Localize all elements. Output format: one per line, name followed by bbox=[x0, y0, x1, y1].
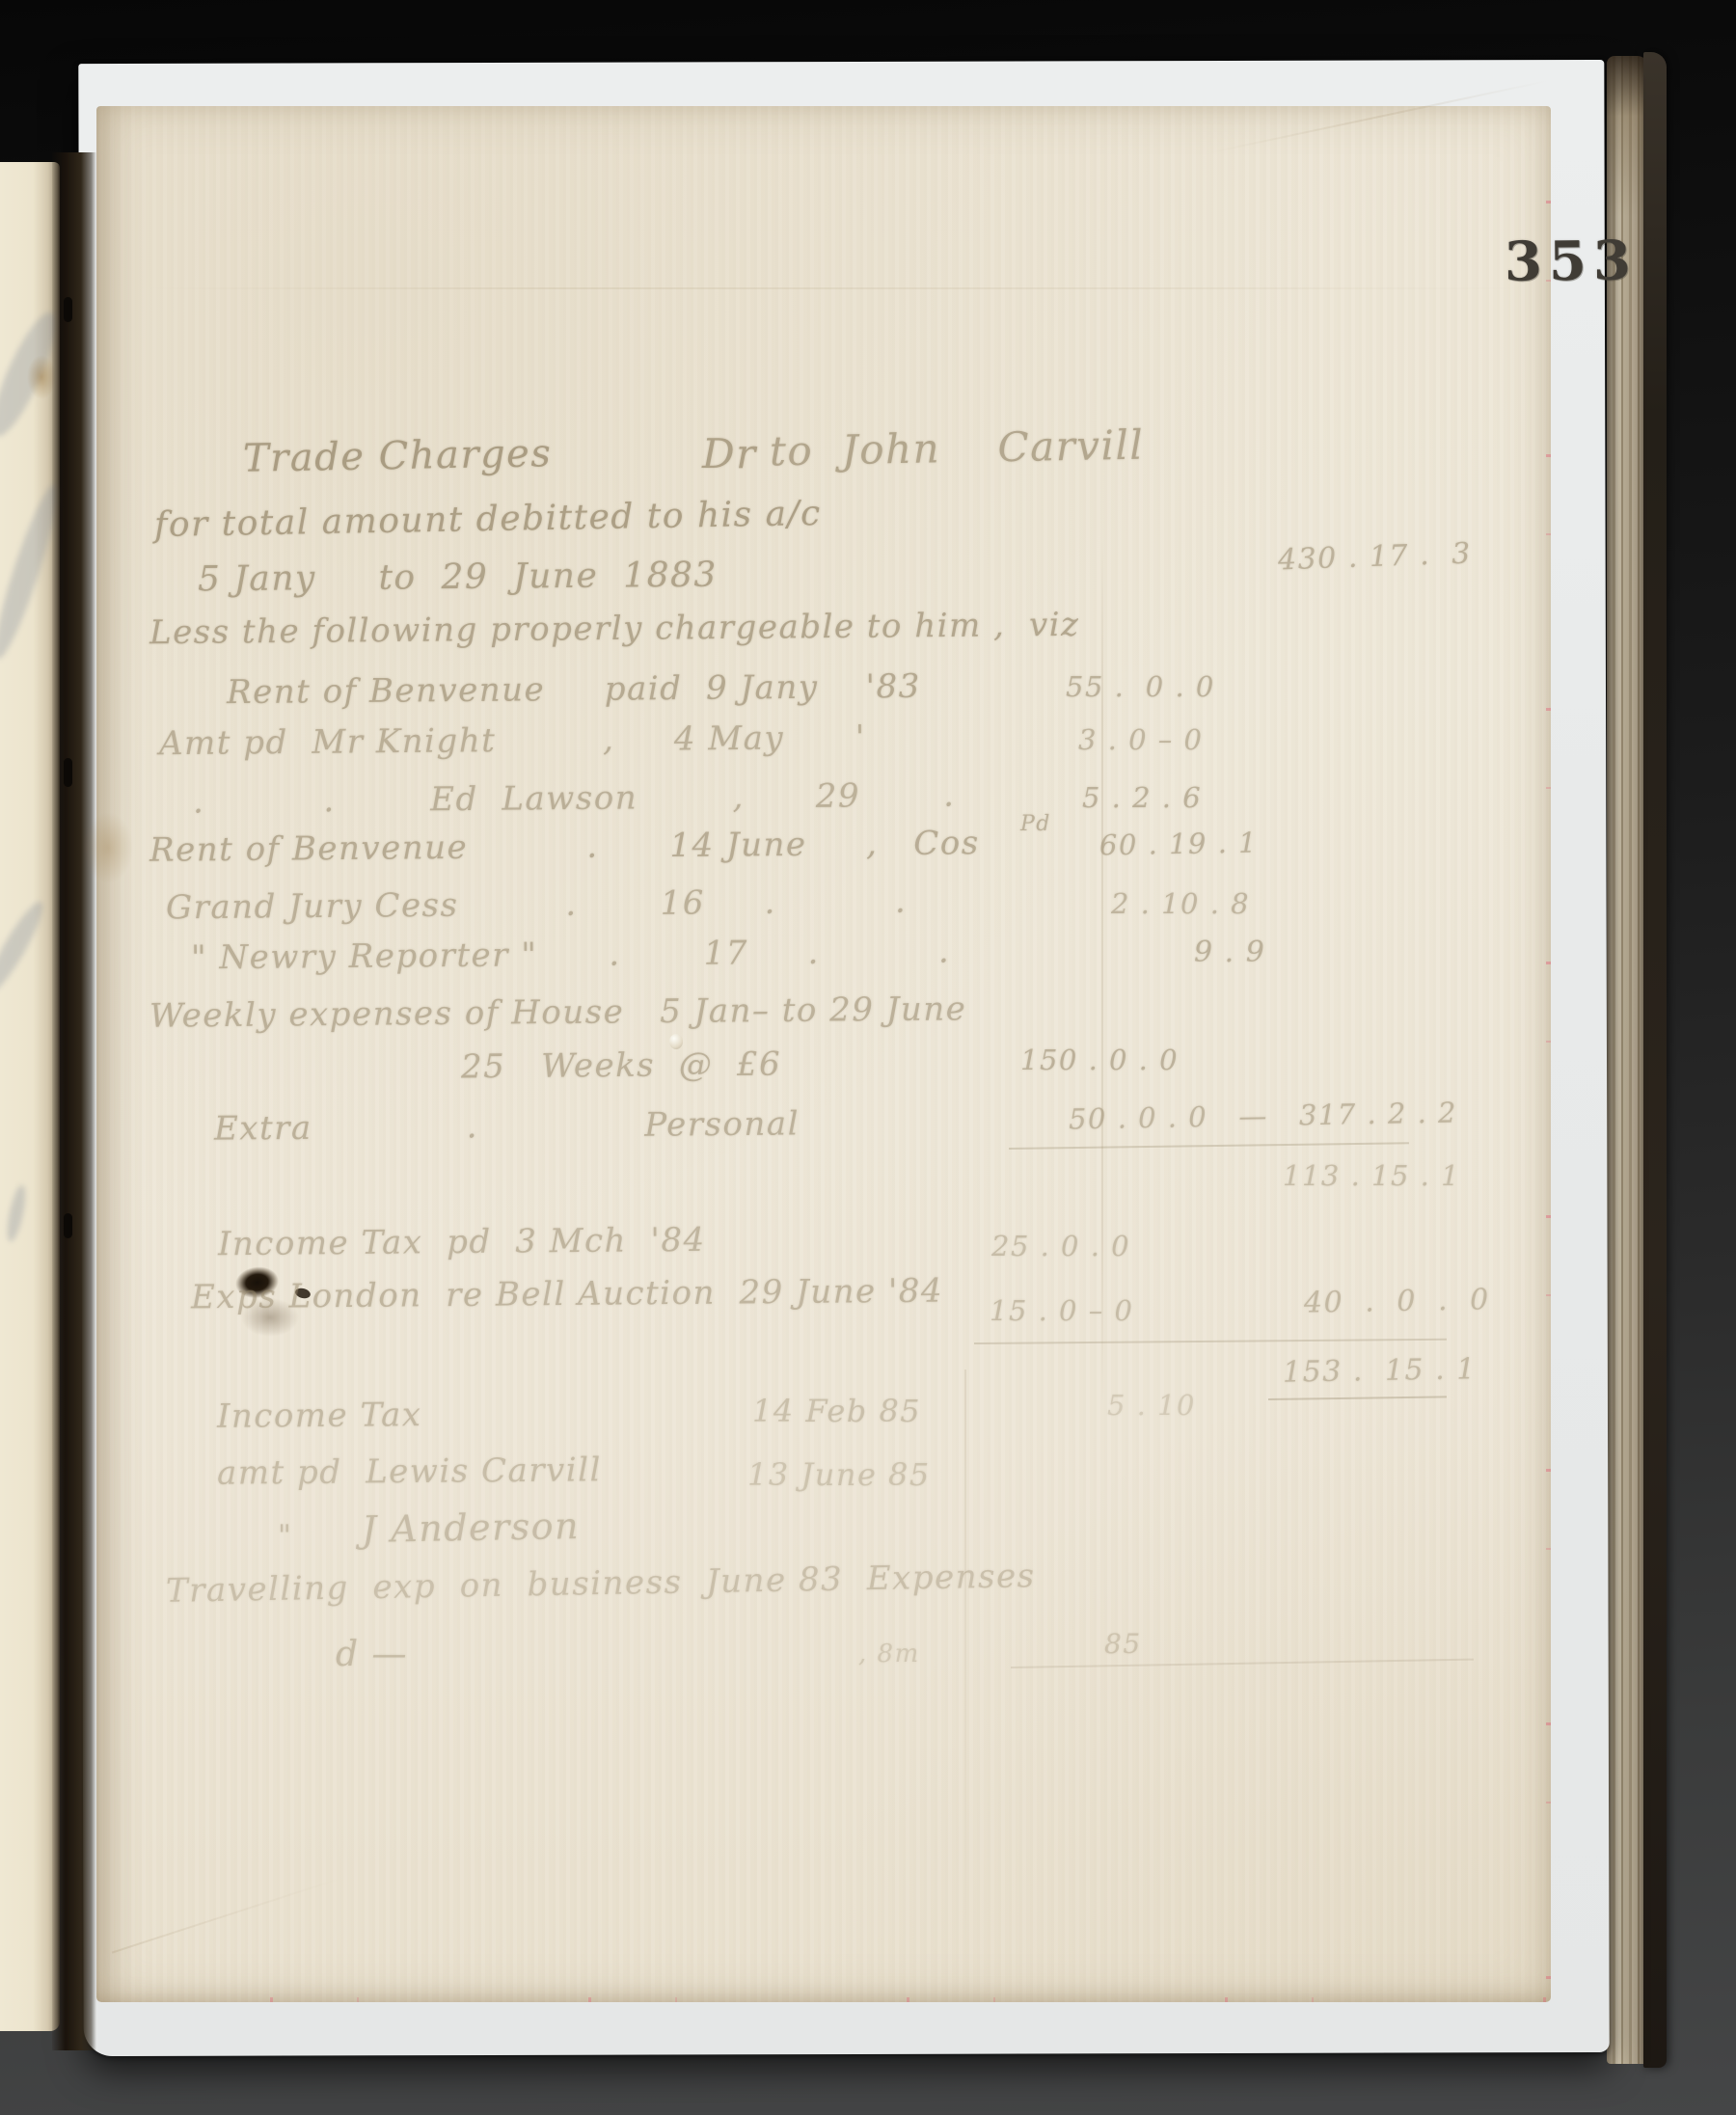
binding-stitch bbox=[64, 758, 72, 787]
photographic-backdrop: 353 Trade ChargesDrto John Carvillfor to… bbox=[0, 0, 1736, 2115]
binding-stitch bbox=[64, 297, 72, 322]
binding-stitch bbox=[64, 1213, 72, 1238]
previous-page-edge bbox=[0, 162, 60, 2031]
manuscript-page: 353 bbox=[96, 106, 1551, 2002]
paper-stain bbox=[83, 812, 133, 883]
page-number-stamp: 353 bbox=[1505, 229, 1638, 293]
binding-gutter bbox=[52, 152, 96, 2050]
bleedthrough-writing-mark bbox=[4, 1183, 29, 1243]
paper-dent-highlight bbox=[669, 1034, 683, 1049]
bleedthrough-writing-mark bbox=[0, 897, 50, 999]
book-cover-edge bbox=[1643, 52, 1667, 2068]
book-page-block-edge bbox=[1607, 56, 1647, 2064]
ink-blot-smudge bbox=[241, 1298, 299, 1337]
